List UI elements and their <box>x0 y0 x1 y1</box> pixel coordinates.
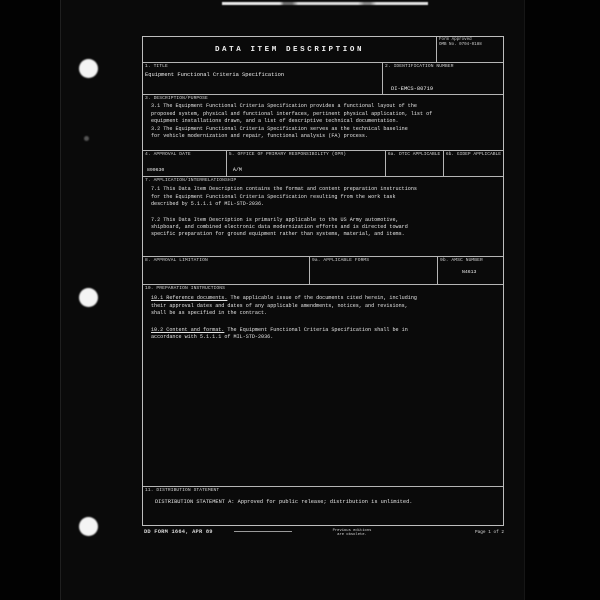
opr-field: 5. OFFICE OF PRIMARY RESPONSIBILITY (OPR… <box>227 151 386 176</box>
footer-editions-note: Previous editions are obsolete. <box>297 529 407 538</box>
applicable-forms-field: 9a. APPLICABLE FORMS <box>310 257 438 284</box>
dtic-field: 6a. DTIC APPLICABLE <box>386 151 444 176</box>
preparation-line: 10.1 Reference documents. The applicable… <box>151 295 499 302</box>
form-title-cell: DATA ITEM DESCRIPTION <box>143 37 437 62</box>
amsc-label: 9b. AMSC NUMBER <box>440 258 501 263</box>
distribution-statement: DISTRIBUTION STATEMENT A: Approved for p… <box>155 499 499 506</box>
identification-value: DI-EMCS-80719 <box>391 86 433 92</box>
preparation-line: accordance with 5.1.1.1 of MIL-STD-2036. <box>151 334 499 341</box>
omb-line2: OMB No. 0704-0188 <box>439 43 501 48</box>
application-line: for the Equipment Functional Criteria Sp… <box>151 194 499 201</box>
gidep-label: 6b. GIDEP APPLICABLE <box>446 152 501 157</box>
approval-opr-row: 4. APPROVAL DATE 890630 5. OFFICE OF PRI… <box>143 151 503 177</box>
punch-hole-middle <box>79 288 98 307</box>
application-line: 7.1 This Data Item Description contains … <box>151 186 499 193</box>
application-section: 7. APPLICATION/INTERRELATIONSHIP 7.1 Thi… <box>143 177 503 257</box>
form-footer: DD FORM 1664, APR 89 Previous editions a… <box>142 529 504 541</box>
title-field: 1. TITLE Equipment Functional Criteria S… <box>143 63 383 94</box>
preparation-line: shall be as specified in the contract. <box>151 310 499 317</box>
description-label: 3. DESCRIPTION/PURPOSE <box>143 95 503 102</box>
preparation-label: 10. PREPARATION INSTRUCTIONS <box>143 285 503 292</box>
approval-date-field: 4. APPROVAL DATE 890630 <box>143 151 227 176</box>
distribution-section: 11. DISTRIBUTION STATEMENT DISTRIBUTION … <box>143 487 503 527</box>
title-value: Equipment Functional Criteria Specificat… <box>145 72 380 78</box>
amsc-field: 9b. AMSC NUMBER N4613 <box>438 257 503 284</box>
preparation-section: 10. PREPARATION INSTRUCTIONS 10.1 Refere… <box>143 285 503 487</box>
punch-hole-top <box>79 59 98 78</box>
dtic-label: 6a. DTIC APPLICABLE <box>388 152 441 157</box>
approval-date-value: 890630 <box>147 168 164 174</box>
description-line: proposed system, physical and functional… <box>151 111 499 118</box>
punch-hole-bottom <box>79 517 98 536</box>
preparation-p2-lead: 10.2 Content and format. <box>151 327 224 333</box>
identification-field: 2. IDENTIFICATION NUMBER DI-EMCS-80719 <box>383 63 503 94</box>
punch-dot-faint <box>84 136 89 141</box>
description-line: 3.1 The Equipment Functional Criteria Sp… <box>151 103 499 110</box>
dd-form-1664: DATA ITEM DESCRIPTION Form Approved OMB … <box>142 36 504 526</box>
distribution-label: 11. DISTRIBUTION STATEMENT <box>143 487 503 494</box>
scanner-streak <box>222 2 428 5</box>
opr-label: 5. OFFICE OF PRIMARY RESPONSIBILITY (OPR… <box>229 152 383 157</box>
description-section: 3. DESCRIPTION/PURPOSE 3.1 The Equipment… <box>143 95 503 151</box>
limitation-forms-amsc-row: 8. APPROVAL LIMITATION 9a. APPLICABLE FO… <box>143 257 503 285</box>
applicable-forms-label: 9a. APPLICABLE FORMS <box>312 258 435 263</box>
preparation-p2-rest: The Equipment Functional Criteria Specif… <box>224 327 407 333</box>
application-line: described by 5.1.1.1 of MIL-STD-2036. <box>151 201 499 208</box>
form-header-row: DATA ITEM DESCRIPTION Form Approved OMB … <box>143 37 503 63</box>
application-label: 7. APPLICATION/INTERRELATIONSHIP <box>143 177 503 184</box>
preparation-line: their approval dates and dates of any ap… <box>151 303 499 310</box>
opr-value: A/M <box>233 167 242 173</box>
application-line: shipboard, and combined electronic data … <box>151 224 499 231</box>
description-line: 3.2 The Equipment Functional Criteria Sp… <box>151 126 499 133</box>
omb-box: Form Approved OMB No. 0704-0188 <box>437 37 503 62</box>
description-line: equipment installations drawn, and a lis… <box>151 118 499 125</box>
preparation-p1-lead: 10.1 Reference documents. <box>151 295 227 301</box>
approval-limitation-label: 8. APPROVAL LIMITATION <box>145 258 307 263</box>
preparation-line: 10.2 Content and format. The Equipment F… <box>151 327 499 334</box>
application-line: 7.2 This Data Item Description is primar… <box>151 217 499 224</box>
form-title: DATA ITEM DESCRIPTION <box>215 46 364 54</box>
title-id-row: 1. TITLE Equipment Functional Criteria S… <box>143 63 503 95</box>
gidep-field: 6b. GIDEP APPLICABLE <box>444 151 503 176</box>
preparation-p1-rest: The applicable issue of the documents ci… <box>227 295 417 301</box>
footer-page-number: Page 1 of 2 <box>475 530 504 535</box>
footer-rule <box>234 531 292 532</box>
footer-form-id: DD FORM 1664, APR 89 <box>144 529 213 535</box>
footer-editions-line2: are obsolete. <box>297 533 407 537</box>
approval-limitation-field: 8. APPROVAL LIMITATION <box>143 257 310 284</box>
title-label: 1. TITLE <box>145 64 380 69</box>
description-line: for vehicle modernization and repair, fu… <box>151 133 499 140</box>
identification-label: 2. IDENTIFICATION NUMBER <box>385 64 501 69</box>
approval-date-label: 4. APPROVAL DATE <box>145 152 224 157</box>
amsc-value: N4613 <box>462 270 476 276</box>
application-line: specific preparation for ground equipmen… <box>151 231 499 238</box>
